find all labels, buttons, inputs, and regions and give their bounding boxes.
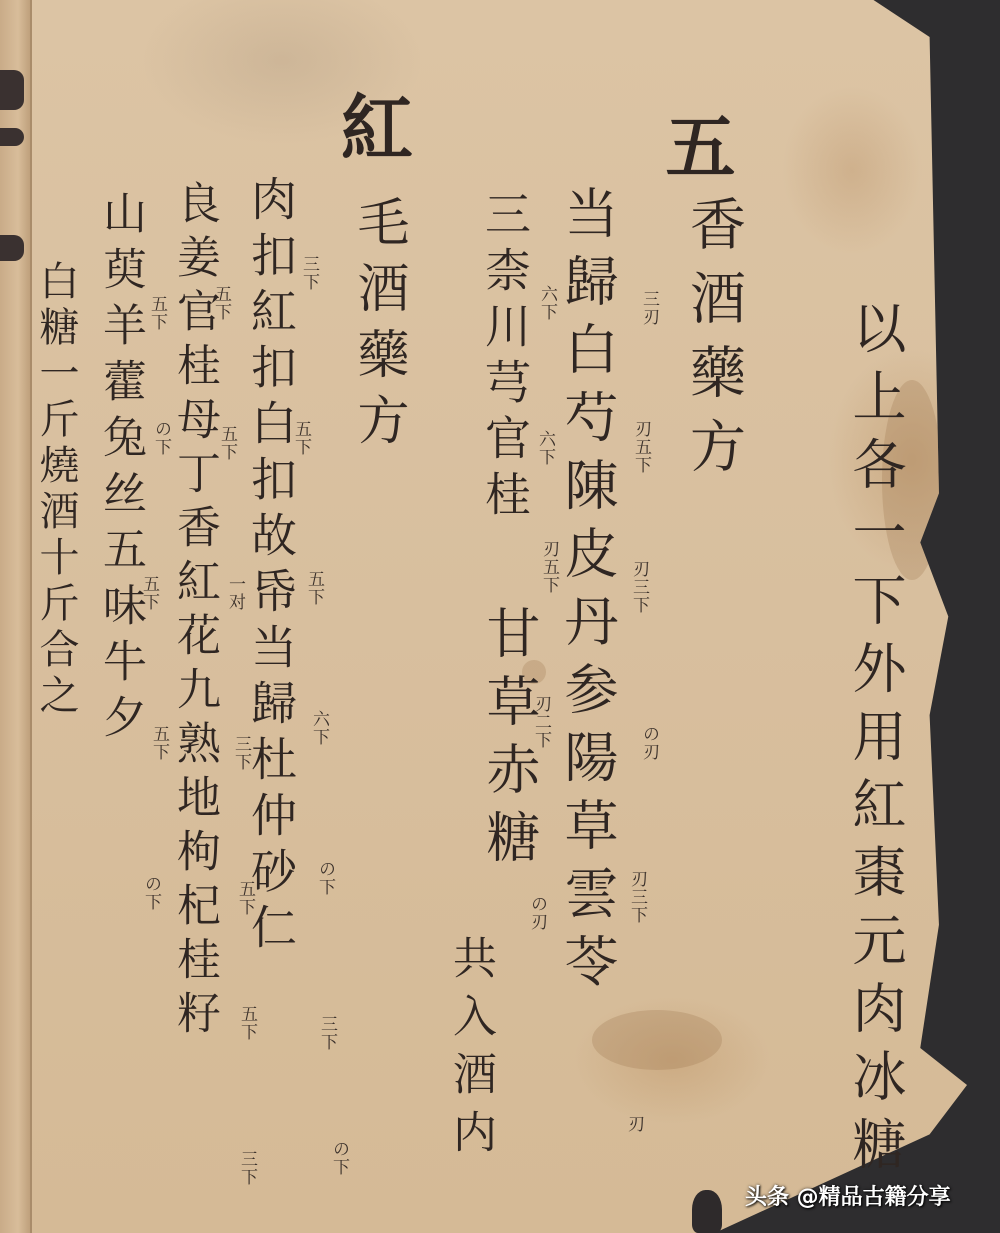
ingredient-column-1b-lower: 甘草赤糖: [482, 605, 536, 877]
qty-note: の下: [152, 420, 169, 456]
ink-mark: [0, 70, 24, 110]
qty-note: 五下: [305, 570, 322, 606]
qty-note: 刃: [625, 1115, 642, 1133]
qty-note: 三刃: [640, 290, 657, 326]
ink-mark: [692, 1190, 722, 1233]
qty-note: の刃: [528, 895, 545, 931]
qty-note: 五下: [150, 725, 167, 761]
qty-note: 五下: [148, 295, 165, 331]
note-column: 以上各一下外用紅棗元肉冰糖: [848, 300, 902, 1184]
ingredient-column-1a: 当歸白芍陳皮丹参陽草雲苓: [560, 185, 614, 1001]
qty-note: 三下: [318, 1015, 335, 1051]
ingredient-column-1b: 三柰川芎官桂: [482, 190, 528, 526]
recipe-title-wuxiang-rest: 香酒藥方: [685, 195, 741, 491]
ink-mark: [0, 128, 24, 146]
recipe-title-wuxiang: 五: [660, 110, 730, 190]
final-instruction-column: 白糖一斤燒酒十斤合之: [36, 260, 76, 720]
recipe-title-hongmao: 紅: [335, 90, 407, 168]
qty-note: 刃五下: [632, 420, 649, 474]
qty-note: 刃三下: [628, 870, 645, 924]
qty-note: 刃五下: [540, 540, 557, 594]
previous-page-edge: [0, 0, 32, 1233]
ingredient-column-2a: 肉扣紅扣白扣故帋当歸杜仲砂仁: [248, 175, 294, 959]
recipe-title-hongmao-rest: 毛酒藥方: [352, 195, 404, 459]
qty-note: 五下: [292, 420, 309, 456]
qty-note: 五下: [212, 285, 229, 321]
title-char: 五: [654, 110, 737, 190]
qty-note: 刃二下: [532, 695, 549, 749]
qty-note: 五下: [140, 575, 157, 611]
qty-note: の下: [316, 860, 333, 896]
qty-note: 一对: [226, 575, 243, 611]
ingredient-column-1b-final: 共入酒内: [448, 935, 492, 1167]
qty-note: 六下: [310, 710, 327, 746]
qty-note: 五下: [218, 425, 235, 461]
qty-note: 五下: [236, 880, 253, 916]
watermark-text: 头条 @精品古籍分享: [745, 1180, 951, 1211]
qty-note: 三下: [300, 255, 317, 291]
ink-mark: [0, 235, 24, 261]
stain: [592, 1010, 722, 1070]
qty-note: 六下: [536, 430, 553, 466]
qty-note: 刃三下: [630, 560, 647, 614]
ingredient-column-2c: 山萸羊藿兔丝五味牛夕: [98, 190, 142, 750]
qty-note: 五下: [238, 1005, 255, 1041]
ingredient-column-2b: 良姜官桂母丁香紅花九熟地枸杞桂籽: [172, 180, 216, 1044]
qty-note: の刃: [640, 725, 657, 761]
qty-note: 三下: [232, 735, 249, 771]
qty-note: 三下: [238, 1150, 255, 1186]
qty-note: 六下: [538, 285, 555, 321]
qty-note: の下: [142, 875, 159, 911]
qty-note: の下: [330, 1140, 347, 1176]
